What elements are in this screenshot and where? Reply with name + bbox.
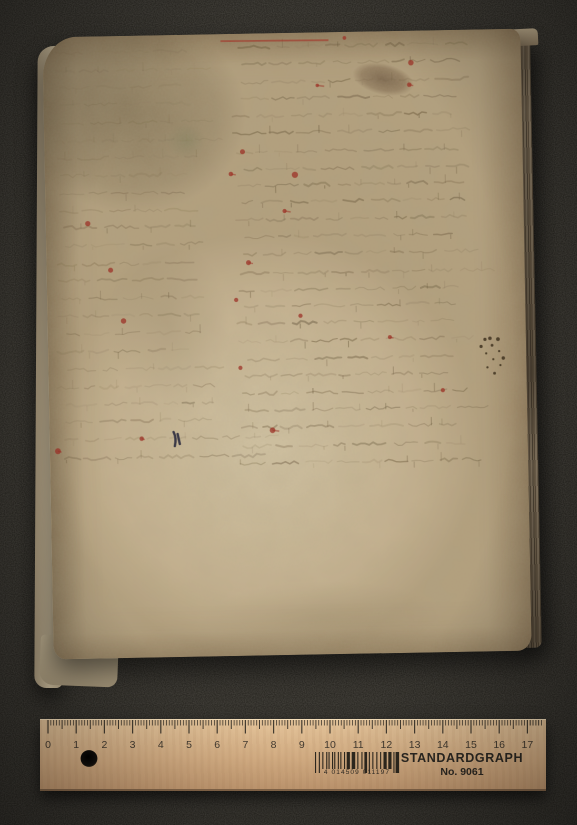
ruler-number: 5 (186, 739, 192, 751)
ruler-number: 1 (73, 739, 79, 751)
ruler-number: 7 (242, 739, 248, 751)
light-soiling-bottom (172, 570, 474, 660)
ruler-brand: STANDARDGRAPH (387, 751, 537, 765)
ruler-model: No. 9061 (412, 766, 512, 778)
ruler-number: 14 (437, 739, 449, 751)
green-blotch-stain (160, 116, 213, 165)
ruler-number: 10 (324, 739, 336, 751)
ruler-number: 0 (45, 739, 51, 751)
parchment-texture (42, 29, 531, 660)
ruler-number: 12 (381, 739, 393, 751)
ruler-number: 2 (101, 739, 107, 751)
soiling-stain-top-left (42, 29, 286, 249)
ink-stain-top-right (340, 51, 427, 108)
ruler-number: 4 (158, 739, 164, 751)
ruler-barcode-digits: 4 014509 011197 (309, 769, 405, 776)
ruler-number: 6 (214, 739, 220, 751)
ruler-number: 9 (299, 739, 305, 751)
ruler-number: 17 (522, 739, 534, 751)
ruler-number: 3 (130, 739, 136, 751)
ruler-number: 16 (493, 739, 505, 751)
faded-smudge (86, 214, 250, 437)
ruler-number: 13 (409, 739, 421, 751)
ruler: 01234567891011121314151617 STANDARDGRAPH… (40, 719, 546, 791)
ruler-number: 15 (465, 739, 477, 751)
photo-stage: 01234567891011121314151617 STANDARDGRAPH… (0, 0, 577, 825)
ruler-hanging-hole (81, 750, 98, 767)
ruler-number: 8 (271, 739, 277, 751)
ruler-number: 11 (353, 739, 364, 751)
manuscript-page (42, 29, 531, 660)
handwritten-text-columns (42, 29, 531, 660)
